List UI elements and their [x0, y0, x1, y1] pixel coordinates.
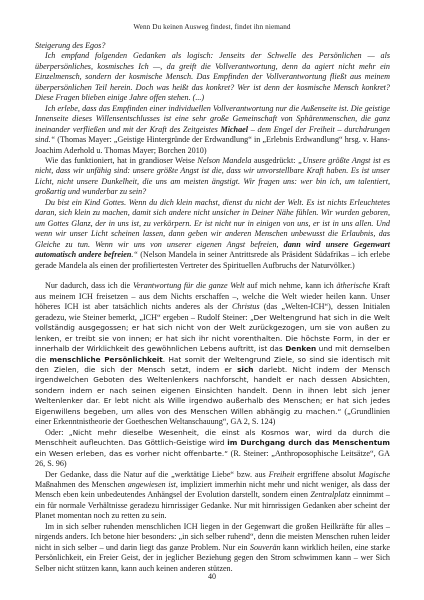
paragraph-8: Im in sich selber ruhenden menschlichen … [35, 522, 390, 574]
text-segment: im Durchgang durch das Menschentum [227, 438, 390, 447]
text-segment: Zentralplatz [310, 490, 350, 499]
text-segment: Michael [220, 125, 248, 134]
text-segment: Maßnahmen des Menschen [35, 480, 128, 489]
text-segment: Magische [358, 470, 390, 479]
paragraph-3: Wie das funktioniert, hat in grandioser … [35, 156, 390, 198]
text-segment: angewiesen ist [128, 480, 176, 489]
text-segment: Wie das funktioniert, hat in grandioser … [45, 156, 197, 165]
paragraph-5: Nur dadurch, dass ich die Verantwortung … [35, 281, 390, 427]
paragraph-2: Ich erlebe, dass das Empfinden einer ind… [35, 104, 390, 156]
page-number: 40 [0, 572, 424, 581]
text-segment: menschliche Persönlichkeit [50, 355, 163, 364]
paragraph-7: Der Gedanke, dass die Natur auf die „wer… [35, 470, 390, 522]
paragraph-1: Ich empfand folgenden Gedanken als logis… [35, 51, 390, 103]
text-segment: ergriffene absolut [295, 470, 359, 479]
text-segment: Steigerung des Egos? [35, 41, 105, 50]
text-segment: ätherische [336, 281, 370, 290]
text-segment: Nur dadurch, dass ich die [45, 281, 133, 290]
text-segment: Nelson Mandela [197, 156, 251, 165]
text-segment: ausgedrückt: [251, 156, 298, 165]
text-segment: Denken [285, 344, 316, 353]
running-header: Wenn Du keinen Ausweg findest, findet ih… [0, 23, 424, 31]
text-segment: Ich empfand folgenden Gedanken als logis… [35, 51, 390, 102]
body-text: Steigerung des Egos?Ich empfand folgende… [35, 41, 390, 574]
book-page: Wenn Du keinen Ausweg findest, findet ih… [0, 0, 424, 600]
text-segment: Christus [232, 302, 260, 311]
text-segment: sich [237, 365, 253, 374]
text-segment: Oder: [45, 428, 69, 437]
text-segment: (Thomas Mayer: „Geistige Hintergründe de… [35, 135, 390, 154]
paragraph-4: Du bist ein Kind Gottes. Wenn du dich kl… [35, 198, 390, 271]
text-segment: Freiheit [269, 470, 295, 479]
text-segment: Souverän [250, 543, 281, 552]
paragraph-6: Oder: „Nicht mehr dieselbe Wesenheit, di… [35, 428, 390, 470]
text-segment: Der Gedanke, dass die Natur auf die „wer… [45, 470, 269, 479]
section-heading: Steigerung des Egos? [35, 41, 390, 51]
text-segment: Verantwortung für die ganze Welt [133, 281, 244, 290]
text-segment: ein Wesen erleben, das es vorher nicht o… [35, 449, 228, 458]
text-segment: auf mich nehme, kann ich [244, 281, 336, 290]
